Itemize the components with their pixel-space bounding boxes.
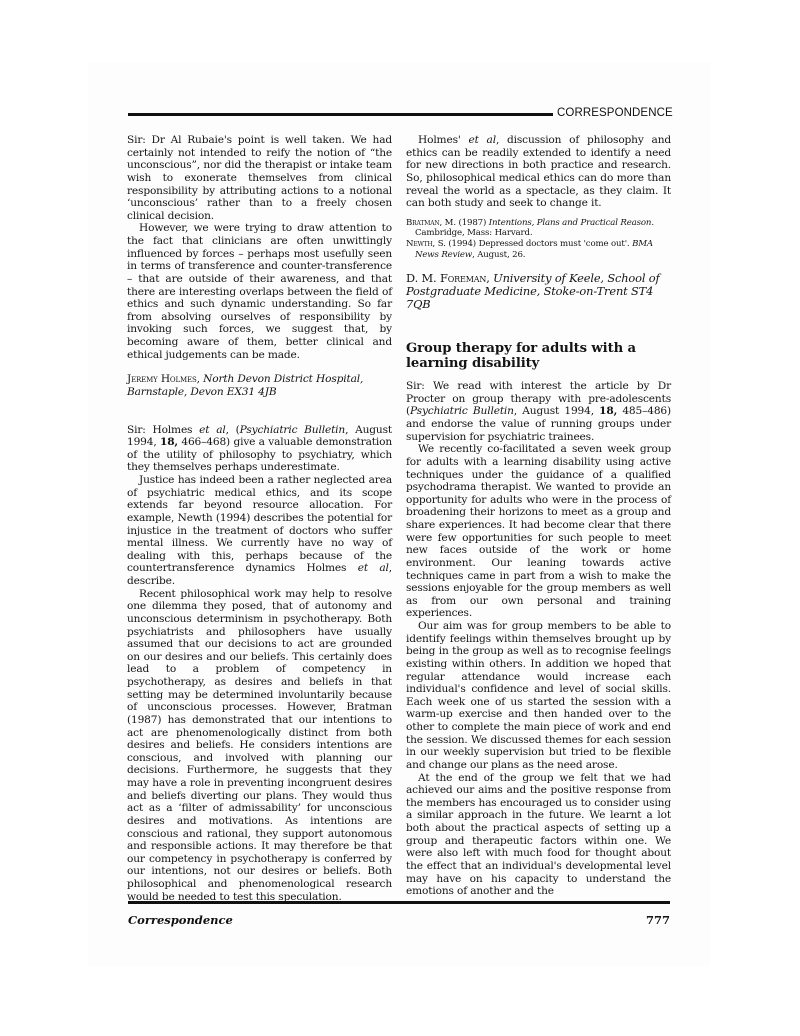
journal-citation: Psychiatric Bulletin xyxy=(240,424,345,436)
reference-item: Newth, S. (1994) Depressed doctors must … xyxy=(406,239,671,260)
letter1-signature: Jeremy Holmes, North Devon District Hosp… xyxy=(127,373,392,398)
article-paragraph-4: At the end of the group we felt that we … xyxy=(406,772,671,898)
left-column: Sir: Dr Al Rubaie's point is well taken.… xyxy=(127,134,392,903)
footer-section-title: Correspondence xyxy=(128,913,233,927)
journal-citation: Psychiatric Bulletin xyxy=(410,405,514,417)
letter2-paragraph-4: Holmes' et al, discussion of philosophy … xyxy=(406,134,671,210)
article-paragraph-2: We recently co-facilitated a seven week … xyxy=(406,443,671,620)
letter1-paragraph-1: Sir: Dr Al Rubaie's point is well taken.… xyxy=(127,134,392,222)
reference-item: Bratman, M. (1987) Intentions, Plans and… xyxy=(406,218,671,239)
article-paragraph-3: Our aim was for group members to be able… xyxy=(406,620,671,772)
letter2-paragraph-1: Sir: Holmes et al, (Psychiatric Bulletin… xyxy=(127,424,392,475)
letter2-paragraph-2: Justice has indeed been a rather neglect… xyxy=(127,474,392,588)
page-number: 777 xyxy=(620,913,670,927)
footer-rule xyxy=(128,901,670,904)
letter2-signature: D. M. Foreman, University of Keele, Scho… xyxy=(406,272,671,311)
letter2-paragraph-3: Recent philosophical work may help to re… xyxy=(127,588,392,904)
right-column: Holmes' et al, discussion of philosophy … xyxy=(406,134,671,898)
article-paragraph-1: Sir: We read with interest the article b… xyxy=(406,380,671,443)
signature-name: Jeremy Holmes xyxy=(127,373,197,385)
letter1-paragraph-2: However, we were trying to draw attentio… xyxy=(127,222,392,361)
reference-list: Bratman, M. (1987) Intentions, Plans and… xyxy=(406,218,671,260)
article-heading: Group therapy for adults with a learning… xyxy=(406,341,671,371)
running-head: CORRESPONDENCE xyxy=(557,107,670,119)
header-rule xyxy=(128,113,553,116)
signature-name: D. M. Foreman xyxy=(406,271,486,285)
